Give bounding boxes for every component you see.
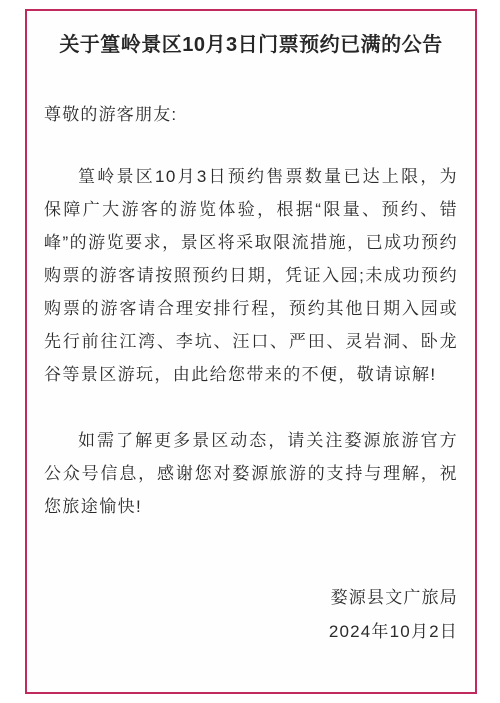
announcement-paragraph-2: 如需了解更多景区动态，请关注婺源旅游官方公众号信息，感谢您对婺源旅游的支持与理解… [44, 424, 458, 523]
announcement-paragraph-1: 篁岭景区10月3日预约售票数量已达上限，为保障广大游客的游览体验，根据“限量、预… [44, 160, 458, 391]
announcement-card: 关于篁岭景区10月3日门票预约已满的公告 尊敬的游客朋友: 篁岭景区10月3日预… [25, 9, 477, 694]
signature-block: 婺源县文广旅局 2024年10月2日 [44, 581, 458, 649]
issue-date: 2024年10月2日 [44, 615, 458, 649]
announcement-body: 关于篁岭景区10月3日门票预约已满的公告 尊敬的游客朋友: 篁岭景区10月3日预… [27, 31, 475, 649]
greeting-text: 尊敬的游客朋友: [44, 98, 458, 131]
announcement-title: 关于篁岭景区10月3日门票预约已满的公告 [44, 31, 458, 59]
issuer-name: 婺源县文广旅局 [44, 581, 458, 615]
